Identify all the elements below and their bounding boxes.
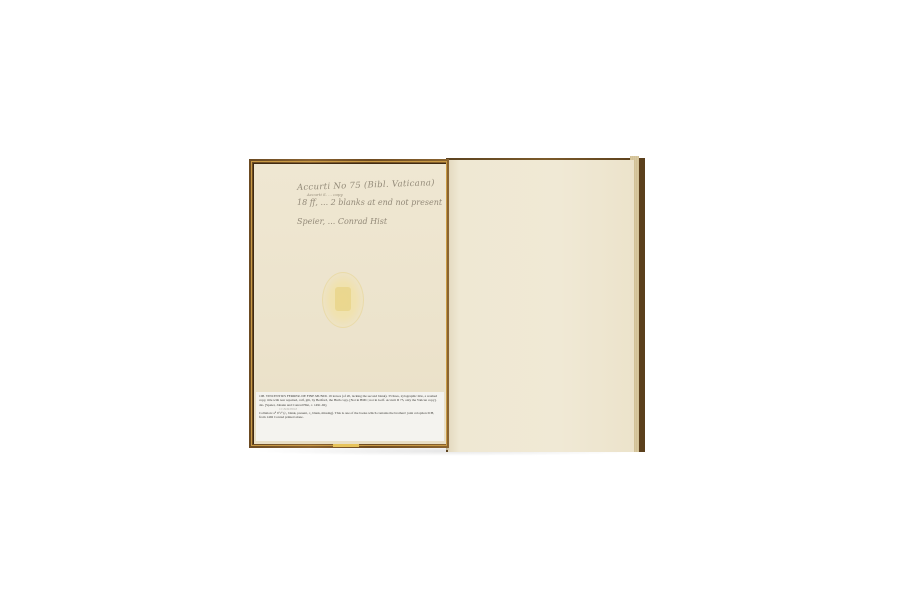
pencil-note-line: Speier, ... Conrad Hist bbox=[297, 217, 437, 226]
catalog-entry: 108. VINCENTIUS FERRER. DE FINE MUNDI. 1… bbox=[259, 394, 441, 407]
pencil-note-line: 18 ff, ... 2 blanks at end not present bbox=[297, 198, 437, 207]
catalog-collation: Collation: a⁸ b⁶c⁶ (c₅ blank, present, c… bbox=[259, 411, 441, 420]
gilt-label-tag bbox=[333, 444, 359, 447]
right-flyleaf bbox=[448, 160, 634, 452]
catalog-clipping: 108. VINCENTIUS FERRER. DE FINE MUNDI. 1… bbox=[256, 392, 444, 441]
blind-embossed-bookplate-icon bbox=[322, 272, 364, 328]
armorial-shield-icon bbox=[335, 287, 351, 311]
pencil-note-line: Accurti S. ... copy bbox=[307, 192, 437, 197]
pencil-notes: Accurti No 75 (Bibl. Vaticana) Accurti S… bbox=[297, 183, 437, 226]
open-book-photo: Accurti No 75 (Bibl. Vaticana) Accurti S… bbox=[0, 0, 900, 600]
